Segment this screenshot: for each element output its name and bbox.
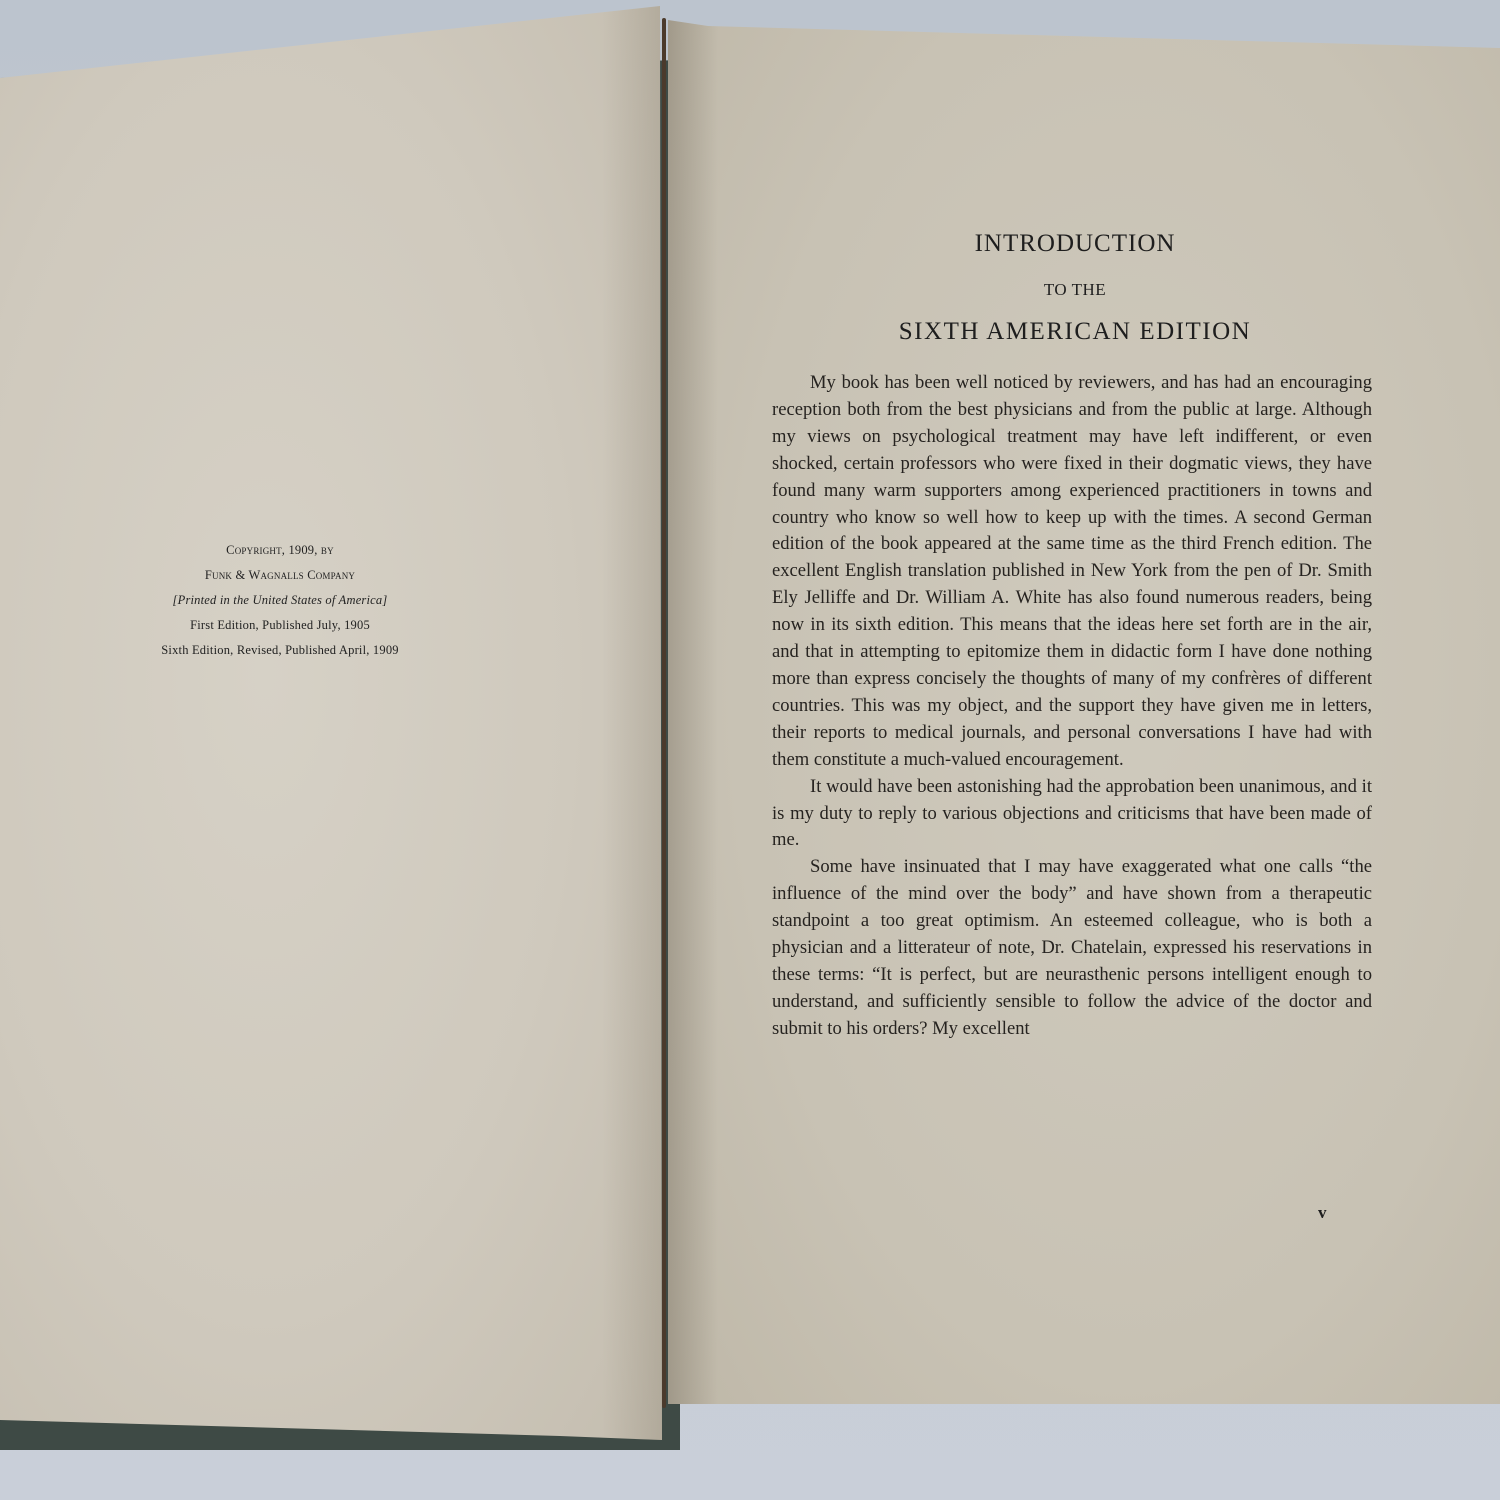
- chapter-title: INTRODUCTION: [770, 230, 1380, 258]
- chapter-subtitle: SIXTH AMERICAN EDITION: [770, 318, 1380, 346]
- sixth-edition-line: Sixth Edition, Revised, Published April,…: [110, 638, 450, 663]
- introduction-body: My book has been well noticed by reviewe…: [772, 370, 1372, 1043]
- page-number: v: [1318, 1203, 1327, 1223]
- book-gutter: [662, 18, 666, 1408]
- paragraph: Some have insinuated that I may have exa…: [772, 854, 1372, 1042]
- first-edition-line: First Edition, Published July, 1905: [110, 613, 450, 638]
- printed-line: [Printed in the United States of America…: [110, 588, 450, 613]
- paragraph: My book has been well noticed by reviewe…: [772, 370, 1372, 774]
- copyright-line: Copyright, 1909, by: [110, 538, 450, 563]
- publisher-line: Funk & Wagnalls Company: [110, 563, 450, 588]
- paragraph: It would have been astonishing had the a…: [772, 774, 1372, 855]
- chapter-subtitle-connector: TO THE: [770, 280, 1380, 300]
- copyright-imprint: Copyright, 1909, by Funk & Wagnalls Comp…: [110, 538, 450, 663]
- left-page: Copyright, 1909, by Funk & Wagnalls Comp…: [0, 0, 662, 1500]
